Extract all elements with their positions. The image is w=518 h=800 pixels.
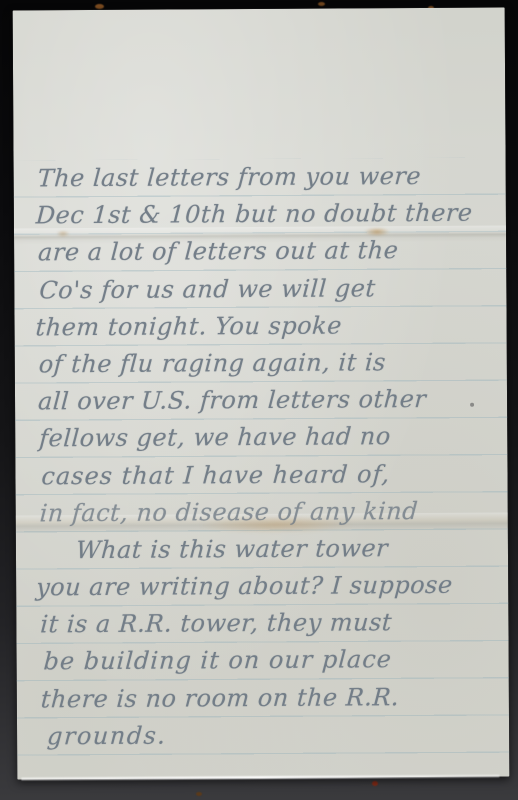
handwriting-lines: The last letters from you wereDec 1st & …: [38, 158, 506, 756]
handwriting-line: are a lot of letters out at the: [37, 232, 503, 272]
handwriting-line: all over U.S. from letters other: [37, 381, 504, 421]
handwriting-line: it is a R.R. tower, they must: [39, 604, 505, 644]
handwriting-line: grounds.: [46, 715, 506, 755]
handwriting-line: Dec 1st & 10th but no doubt there: [35, 195, 503, 235]
rust-speck: [196, 792, 202, 796]
handwriting-line: in fact, no disease of any kind: [39, 492, 505, 532]
handwriting-line: fellows get, we have had no: [38, 418, 504, 458]
rust-speck: [318, 2, 325, 6]
paper-edge-highlight: [21, 775, 499, 781]
photo-background: The last letters from you wereDec 1st & …: [0, 0, 518, 800]
rust-speck: [372, 781, 378, 786]
letter-paper: The last letters from you wereDec 1st & …: [13, 8, 510, 780]
handwriting-line: The last letters from you were: [36, 158, 502, 198]
handwriting-line: be building it on our place: [42, 641, 505, 681]
handwriting-line: Co's for us and we will get: [38, 269, 503, 309]
handwriting-line: of the flu raging again, it is: [38, 343, 504, 383]
handwriting-line: there is no room on the R.R.: [40, 678, 506, 718]
handwriting-line: What is this water tower: [39, 529, 505, 569]
rust-speck: [95, 4, 104, 9]
handwriting-line: cases that I have heard of,: [40, 455, 504, 495]
handwriting-line: you are writing about? I suppose: [35, 567, 505, 607]
handwriting-line: them tonight. You spoke: [34, 306, 503, 346]
